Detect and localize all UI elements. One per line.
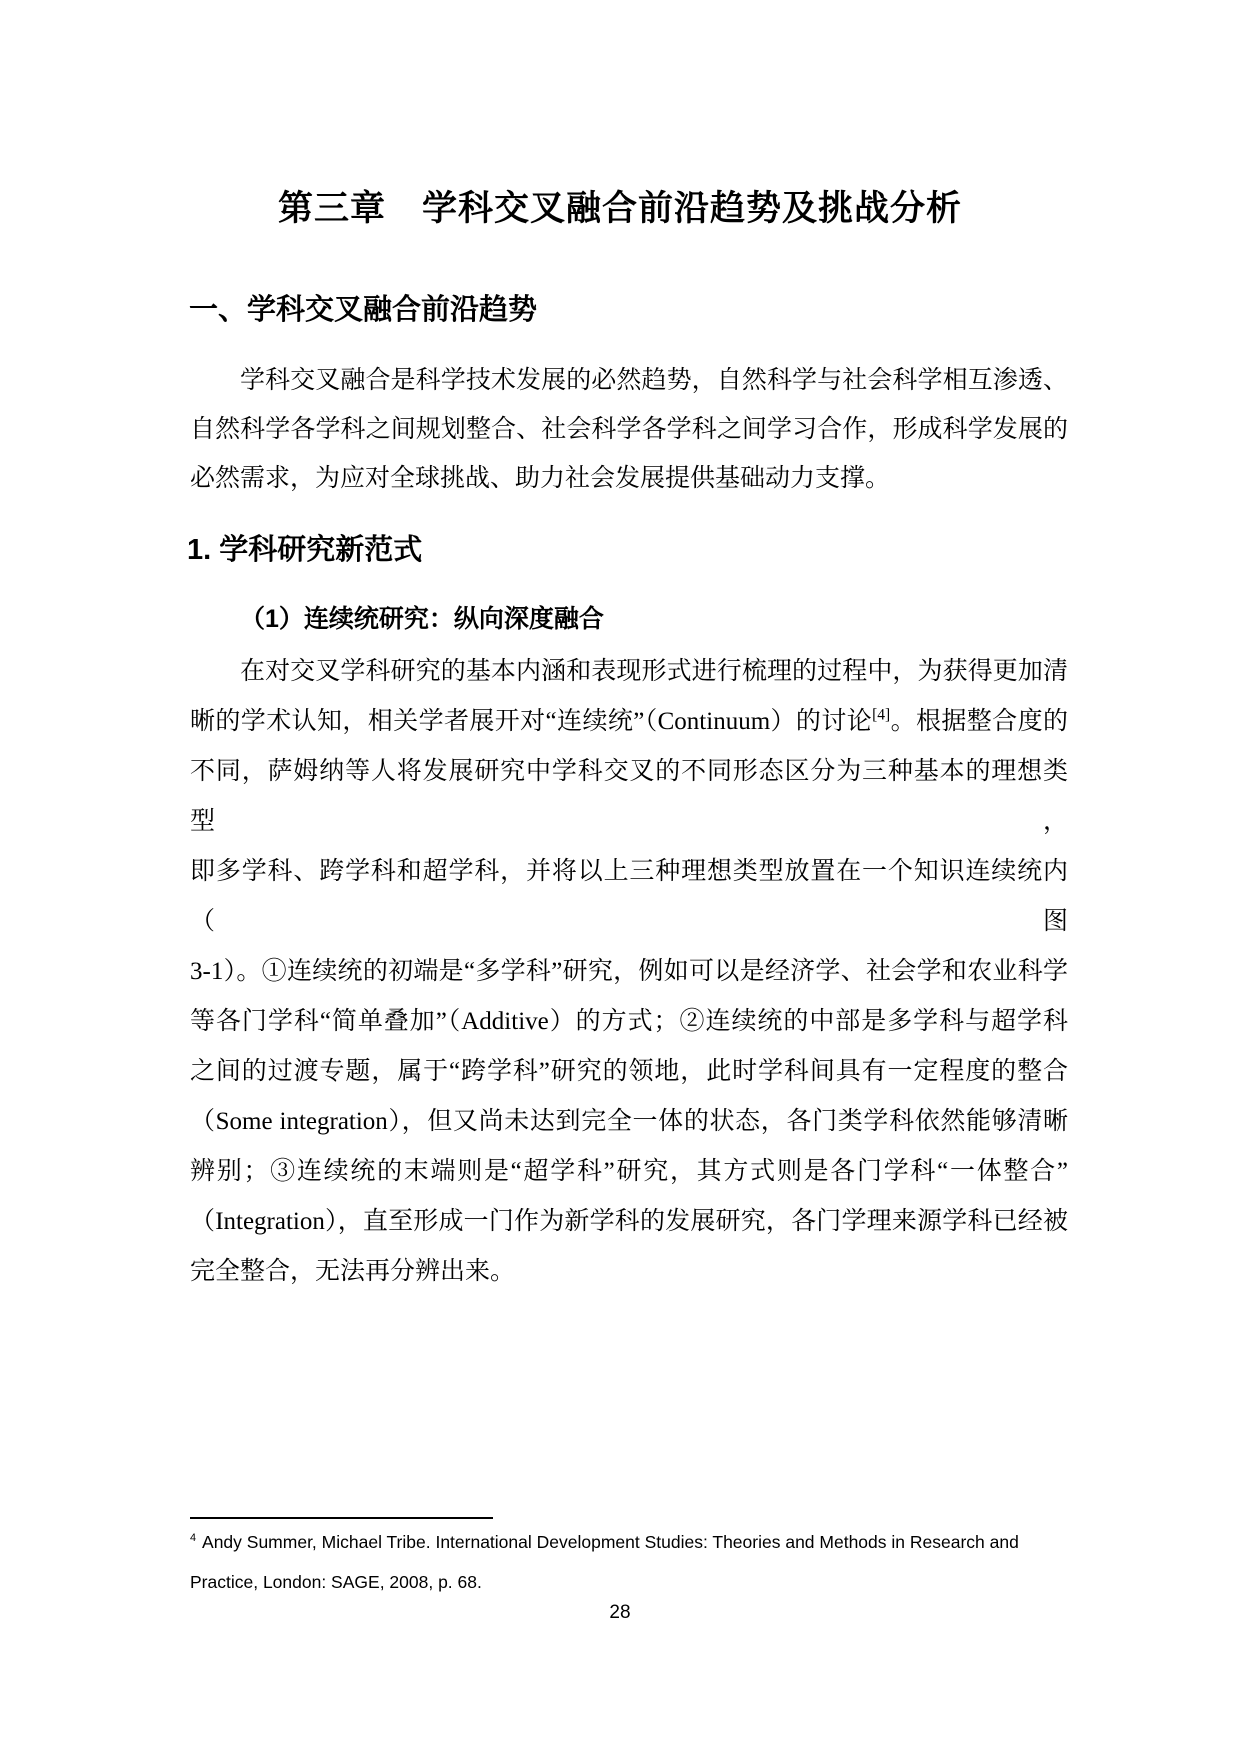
page-number: 28 [0, 1602, 1240, 1624]
document-page: 第三章 学科交叉融合前沿趋势及挑战分析 一、学科交叉融合前沿趋势 学科交叉融合是… [0, 0, 1240, 1753]
text-line: 必然需求，为应对全球挑战、助力社会发展提供基础动力支撑。 [190, 454, 1068, 503]
section-heading: 一、学科交叉融合前沿趋势 [189, 290, 537, 330]
point-heading: （1）连续统研究：纵向深度融合 [240, 602, 604, 636]
text-line: 完全整合，无法再分辨出来。 [190, 1247, 1068, 1297]
superscript-reference: [4] [872, 707, 890, 724]
text-line: 之间的过渡专题，属于“跨学科”研究的领地，此时学科间具有一定程度的整合 [190, 1047, 1068, 1097]
text-line: 自然科学各学科之间规划整合、社会科学各学科之间学习合作，形成科学发展的 [190, 405, 1068, 454]
text-line: （Some integration），但又尚未达到完全一体的状态，各门类学科依然… [190, 1097, 1068, 1147]
text-line: 等各门学科“简单叠加”（Additive）的方式；②连续统的中部是多学科与超学科 [190, 997, 1068, 1047]
text-line: 4Andy Summer, Michael Tribe. Internation… [190, 1522, 1090, 1562]
text-line: （Integration），直至形成一门作为新学科的发展研究，各门学理来源学科已… [190, 1197, 1068, 1247]
text-line: Practice, London: SAGE, 2008, p. 68. [190, 1562, 1090, 1602]
text-line: 即多学科、跨学科和超学科，并将以上三种理想类型放置在一个知识连续统内（图 [190, 847, 1068, 947]
chapter-title: 第三章 学科交叉融合前沿趋势及挑战分析 [0, 186, 1240, 232]
text-line: 辨别；③连续统的末端则是“超学科”研究，其方式则是各门学科“一体整合” [190, 1147, 1068, 1197]
text-line: 3-1）。①连续统的初端是“多学科”研究，例如可以是经济学、社会学和农业科学 [190, 947, 1068, 997]
body-paragraph: 在对交叉学科研究的基本内涵和表现形式进行梳理的过程中，为获得更加清晰的学术认知，… [190, 647, 1068, 1297]
text-line: 学科交叉融合是科学技术发展的必然趋势，自然科学与社会科学相互渗透、 [190, 356, 1068, 405]
footnote: 4Andy Summer, Michael Tribe. Internation… [190, 1522, 1090, 1602]
intro-paragraph: 学科交叉融合是科学技术发展的必然趋势，自然科学与社会科学相互渗透、自然科学各学科… [190, 356, 1068, 503]
text-line: 晰的学术认知，相关学者展开对“连续统”（Continuum）的讨论[4]。根据整… [190, 697, 1068, 747]
subsection-heading: 1. 学科研究新范式 [187, 530, 422, 570]
text-line: 不同，萨姆纳等人将发展研究中学科交叉的不同形态区分为三种基本的理想类型， [190, 747, 1068, 847]
footnote-separator [190, 1517, 493, 1519]
text-line: 在对交叉学科研究的基本内涵和表现形式进行梳理的过程中，为获得更加清 [190, 647, 1068, 697]
superscript-reference: 4 [190, 1532, 196, 1544]
